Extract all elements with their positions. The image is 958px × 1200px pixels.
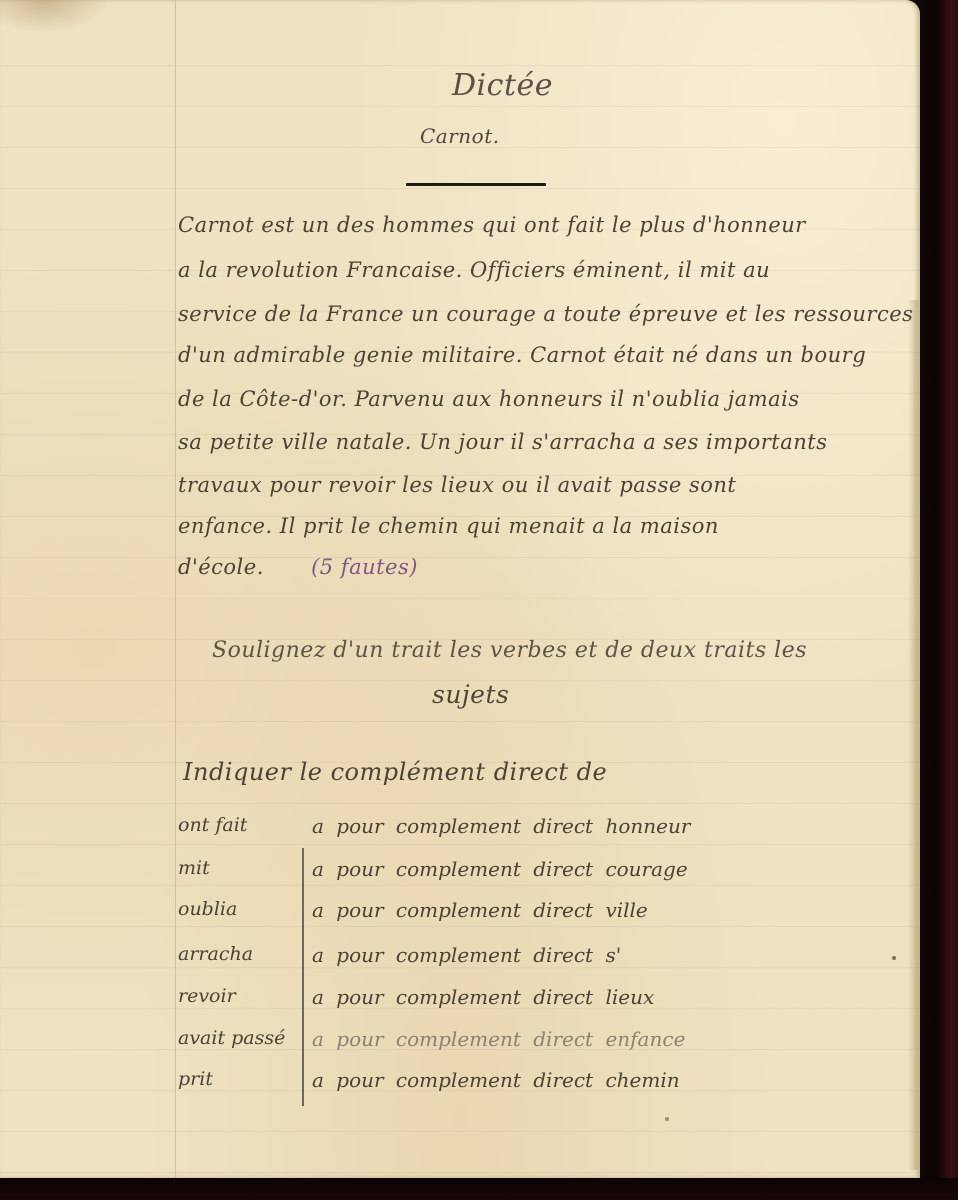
exercise-verb: avait passé bbox=[178, 1027, 285, 1049]
exercise-title: Indiquer le complément direct de bbox=[183, 758, 607, 786]
dictation-line: sa petite ville natale. Un jour il s'arr… bbox=[178, 430, 828, 454]
dictation-line: travaux pour revoir les lieux ou il avai… bbox=[178, 473, 736, 497]
answer-relation: a pour complement direct bbox=[312, 857, 593, 881]
red-margin-line bbox=[175, 0, 176, 1178]
answer-object: courage bbox=[605, 857, 687, 881]
answer-relation: a pour complement direct bbox=[312, 985, 593, 1009]
exercise-verb: oublia bbox=[178, 898, 237, 920]
exercise-verb: mit bbox=[178, 857, 210, 879]
dictation-line-text: d'école. bbox=[178, 555, 264, 579]
dictation-line: Carnot est un des hommes qui ont fait le… bbox=[178, 213, 806, 237]
scanned-notebook-page: Dictée Carnot. Carnot est un des hommes … bbox=[0, 0, 958, 1200]
exercise-answer: a pour complement direct ville bbox=[312, 898, 648, 922]
exercise-answer: a pour complement direct courage bbox=[312, 857, 688, 881]
ink-spot bbox=[665, 1117, 669, 1121]
scan-background-edge bbox=[0, 1178, 958, 1200]
answer-object: chemin bbox=[605, 1068, 679, 1092]
dictation-line: service de la France un courage a toute … bbox=[178, 302, 913, 326]
dictation-subject: Carnot. bbox=[420, 124, 500, 148]
dictation-line: a la revolution Francaise. Officiers émi… bbox=[178, 258, 770, 282]
dictation-line: enfance. Il prit le chemin qui menait a … bbox=[178, 514, 719, 538]
title-underline bbox=[406, 183, 546, 186]
exercise-answer: a pour complement direct chemin bbox=[312, 1068, 680, 1092]
exercise-verb: arracha bbox=[178, 943, 253, 965]
exercise-answer: a pour complement direct lieux bbox=[312, 985, 654, 1009]
dictation-line: de la Côte-d'or. Parvenu aux honneurs il… bbox=[178, 387, 800, 411]
dictation-line: d'un admirable genie militaire. Carnot é… bbox=[178, 343, 866, 367]
answer-object: enfance bbox=[605, 1027, 685, 1051]
answer-object: honneur bbox=[605, 814, 690, 838]
answer-relation: a pour complement direct bbox=[312, 1027, 593, 1051]
exercise-answer: a pour complement direct s' bbox=[312, 943, 621, 967]
exercise-verb: prit bbox=[178, 1068, 213, 1090]
answer-object: ville bbox=[605, 898, 647, 922]
answer-relation: a pour complement direct bbox=[312, 898, 593, 922]
exercise-answer: a pour complement direct enfance bbox=[312, 1027, 685, 1051]
answer-relation: a pour complement direct bbox=[312, 814, 593, 838]
page-title: Dictée bbox=[452, 68, 553, 103]
answer-relation: a pour complement direct bbox=[312, 943, 593, 967]
error-count-note: (5 fautes) bbox=[311, 555, 418, 579]
notebook-binding bbox=[918, 0, 958, 1200]
exercise-answer: a pour complement direct honneur bbox=[312, 814, 690, 838]
exercise-verb: ont fait bbox=[178, 814, 247, 836]
answer-object: s' bbox=[605, 943, 621, 967]
dictation-line: d'école. (5 fautes) bbox=[178, 555, 418, 579]
exercise-column-divider bbox=[302, 848, 304, 1106]
answer-relation: a pour complement direct bbox=[312, 1068, 593, 1092]
exercise-instruction-continued: sujets bbox=[432, 680, 509, 709]
exercise-instruction: Soulignez d'un trait les verbes et de de… bbox=[212, 638, 807, 663]
paper-sheet: Dictée Carnot. Carnot est un des hommes … bbox=[0, 0, 920, 1178]
exercise-verb: revoir bbox=[178, 985, 236, 1007]
answer-object: lieux bbox=[605, 985, 654, 1009]
ink-spot bbox=[892, 956, 896, 960]
